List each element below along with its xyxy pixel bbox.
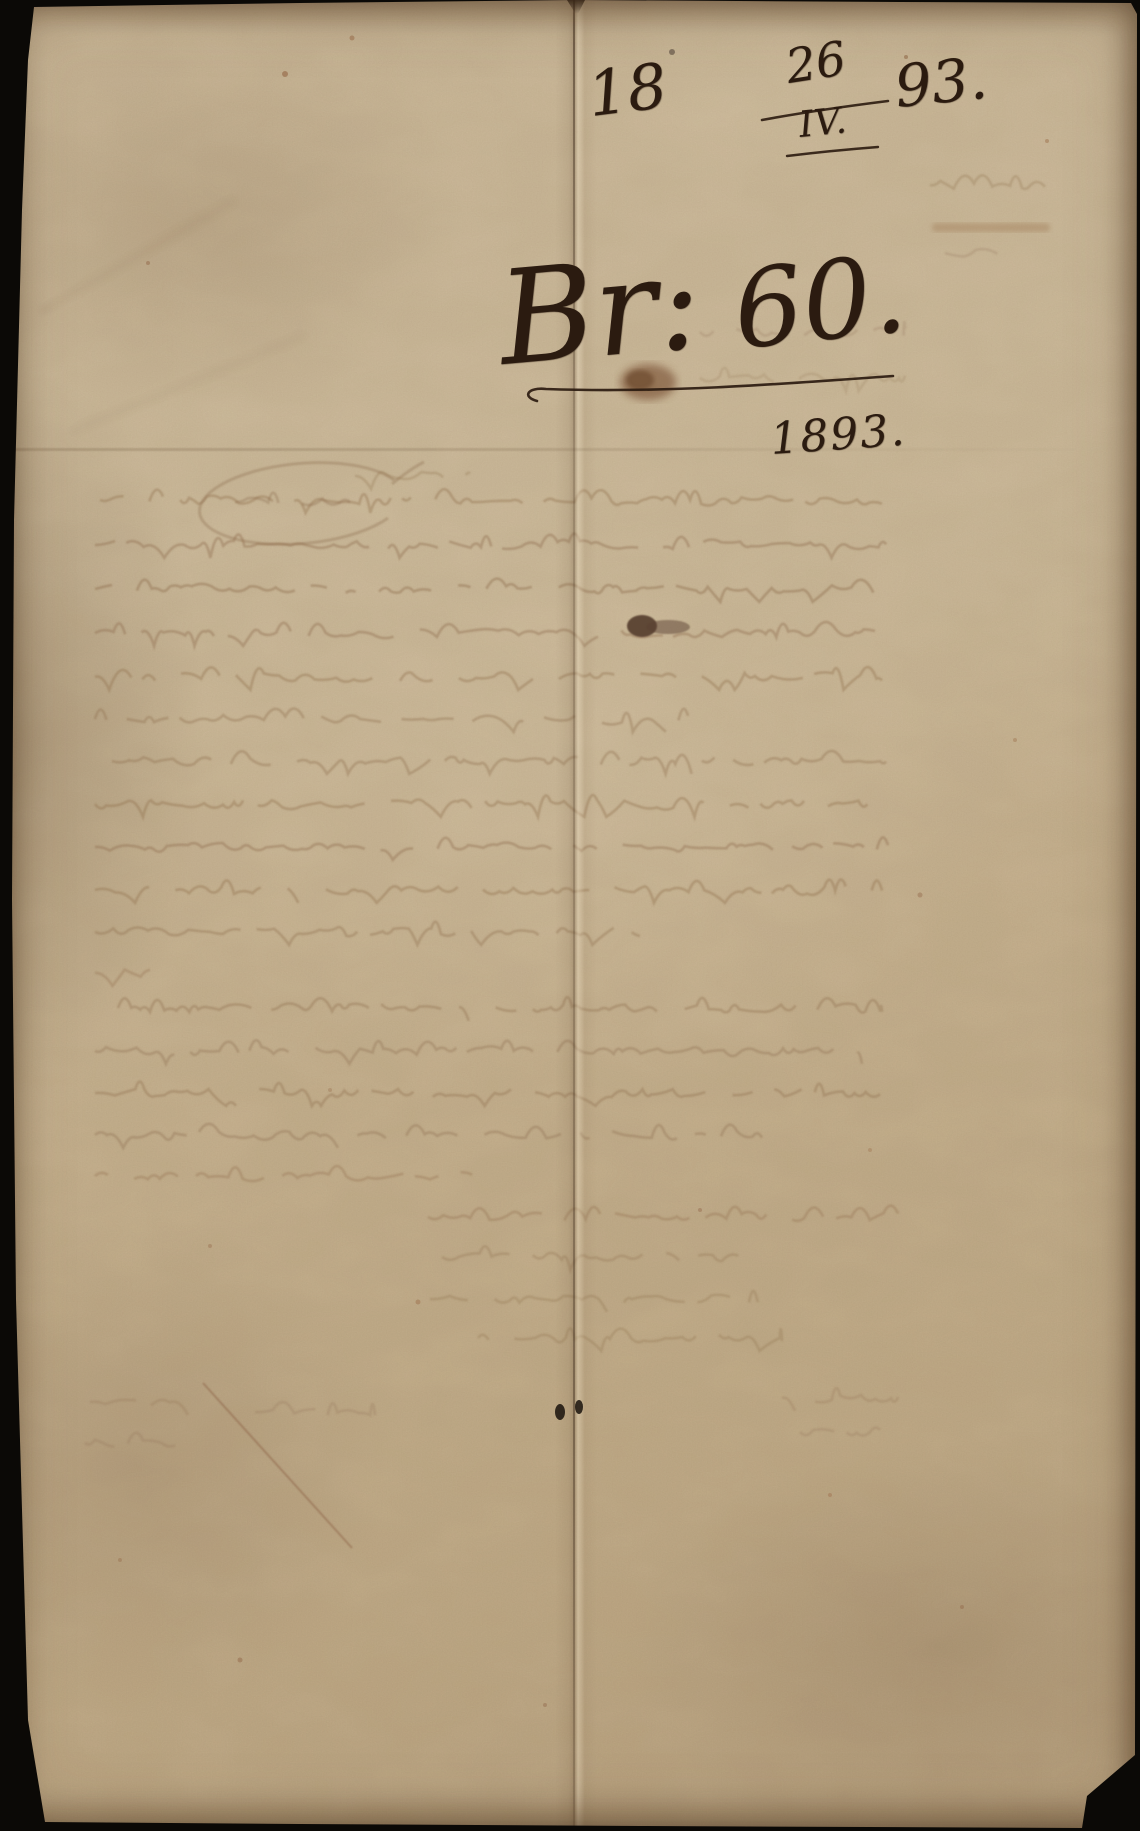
- scan-backing: 18 26 IV. 93. Br: 60. 1893.: [0, 0, 1140, 1831]
- document-page: 18 26 IV. 93. Br: 60. 1893.: [0, 0, 1140, 1831]
- edge-vignette: [0, 0, 1140, 1831]
